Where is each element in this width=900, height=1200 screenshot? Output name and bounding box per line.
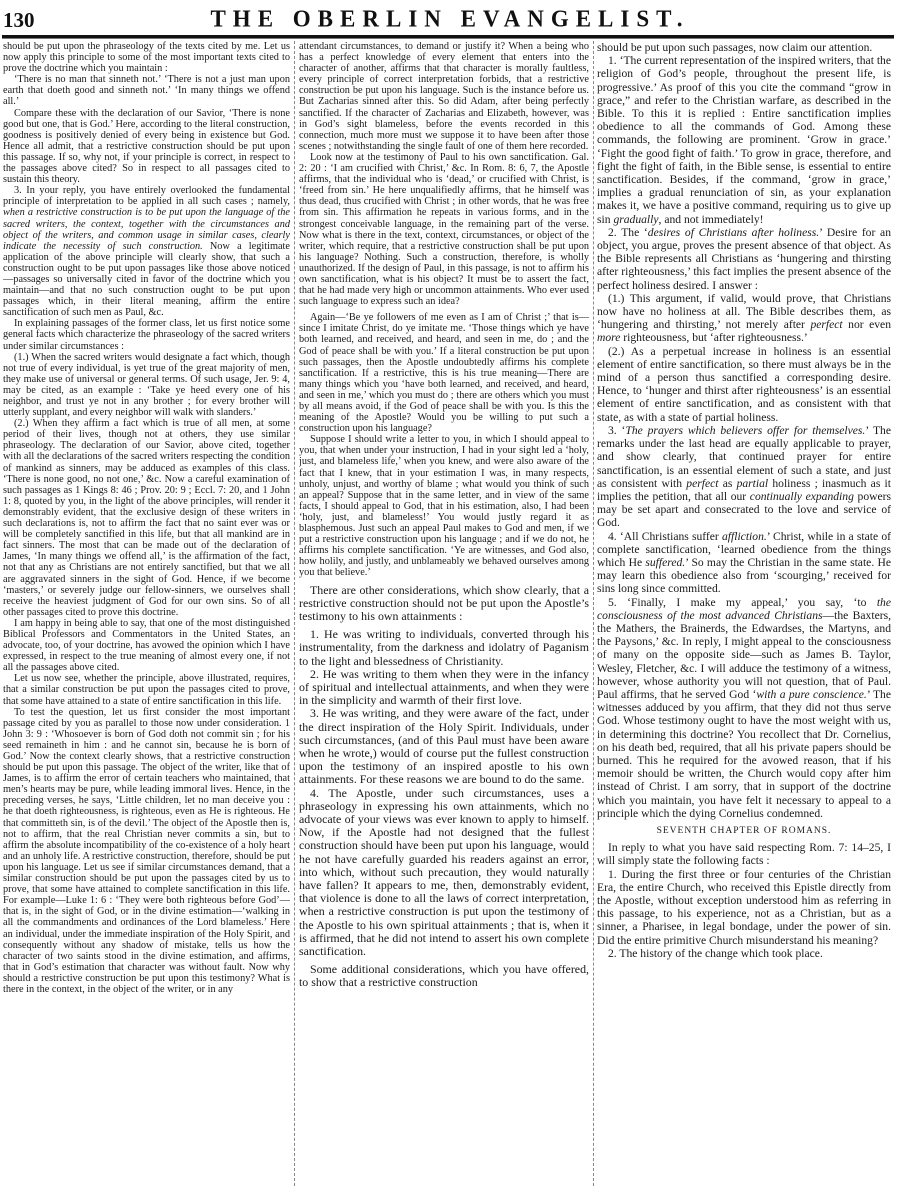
paragraph: (2.) As a perpetual increase in holiness… [597,345,891,424]
paragraph: To test the question, let us first consi… [3,707,290,995]
paragraph: 4. ‘All Christians suffer affliction.’ C… [597,530,891,596]
text: 1. ‘The current representation of the in… [597,54,891,225]
paragraph: 3. ‘The prayers which believers offer fo… [597,424,891,530]
column-1: should be put upon the phraseology of th… [3,41,290,1186]
paragraph: 3. He was writing, and they were aware o… [299,707,589,786]
italic-text: partial [737,477,769,490]
text: Now a legitimate application of the abov… [3,241,290,319]
italic-text: The prayers which believers offer for th… [625,424,865,437]
paragraph: (2.) When they affirm a fact which is tr… [3,418,290,618]
italic-text: with a pure conscience. [756,688,866,701]
italic-text: more [597,331,620,344]
paragraph: 1. ‘The current representation of the in… [597,54,891,226]
section-heading: SEVENTH CHAPTER OF ROMANS. [597,825,891,838]
paragraph: (1.) This argument, if valid, would prov… [597,292,891,345]
text: 4. ‘All Christians suffer [608,530,722,543]
masthead: 130 THE OBERLIN EVANGELIST. [0,0,900,34]
text: as [718,477,736,490]
italic-text: perfect [686,477,718,490]
paragraph: Again—‘Be ye followers of me even as I a… [299,312,589,434]
paragraph: 2. The ‘desires of Christians after holi… [597,226,891,292]
text: 3. In your reply, you have entirely over… [3,185,290,207]
column-divider [294,41,295,1186]
paragraph: should be put upon such passages, now cl… [597,41,891,54]
paragraph: 2. He was writing to them when they were… [299,668,589,708]
masthead-rule [2,35,894,39]
text: 5. ‘Finally, I make my appeal,’ you say,… [608,596,877,609]
column-3: should be put upon such passages, now cl… [597,41,891,1186]
paragraph: 3. In your reply, you have entirely over… [3,185,290,318]
paragraph: (1.) When the sacred writers would desig… [3,352,290,419]
column-2: attendant circumstances, to demand or ju… [299,41,589,1186]
paragraph: attendant circumstances, to demand or ju… [299,41,589,152]
article-columns: should be put upon the phraseology of th… [3,41,895,1186]
paragraph: Some additional considerations, which yo… [299,963,589,989]
paragraph: 1. During the first three or four centur… [597,868,891,947]
italic-text: affliction. [722,530,767,543]
paragraph: There are other considerations, which sh… [299,584,589,624]
text: 3. ‘ [608,424,625,437]
paragraph: 1. He was writing to individuals, conver… [299,628,589,668]
column-divider [593,41,594,1186]
text: 2. The ‘ [608,226,648,239]
paragraph: In reply to what you have said respectin… [597,841,891,867]
italic-text: continually expanding [750,490,854,503]
paragraph: Let us now see, whether the principle, a… [3,673,290,706]
newspaper-title: THE OBERLIN EVANGELIST. [0,5,900,32]
text: righteousness, but ‘after righteousness.… [620,331,807,344]
paragraph: 2. The history of the change which took … [597,947,891,960]
paragraph: I am happy in being able to say, that on… [3,618,290,673]
paragraph: In explaining passages of the former cla… [3,318,290,351]
text: , and not immediately! [659,213,764,226]
paragraph: Compare these with the declaration of ou… [3,108,290,186]
italic-text: desires of Christians after holiness. [648,226,819,239]
text: nor even [843,318,891,331]
text: ’ The witnesses adduced by you affirm, t… [597,688,891,820]
paragraph: Suppose I should write a letter to you, … [299,434,589,578]
large-type-section: There are other considerations, which sh… [299,584,589,990]
paragraph: Look now at the testimony of Paul to his… [299,152,589,307]
paragraph: ‘There is no man that sinneth not.’ ‘The… [3,74,290,107]
paragraph: 5. ‘Finally, I make my appeal,’ you say,… [597,596,891,820]
italic-text: gradually [613,213,658,226]
paragraph: should be put upon the phraseology of th… [3,41,290,74]
italic-text: perfect [810,318,842,331]
paragraph: 4. The Apostle, under such circumstances… [299,787,589,959]
italic-text: suffered. [645,556,685,569]
